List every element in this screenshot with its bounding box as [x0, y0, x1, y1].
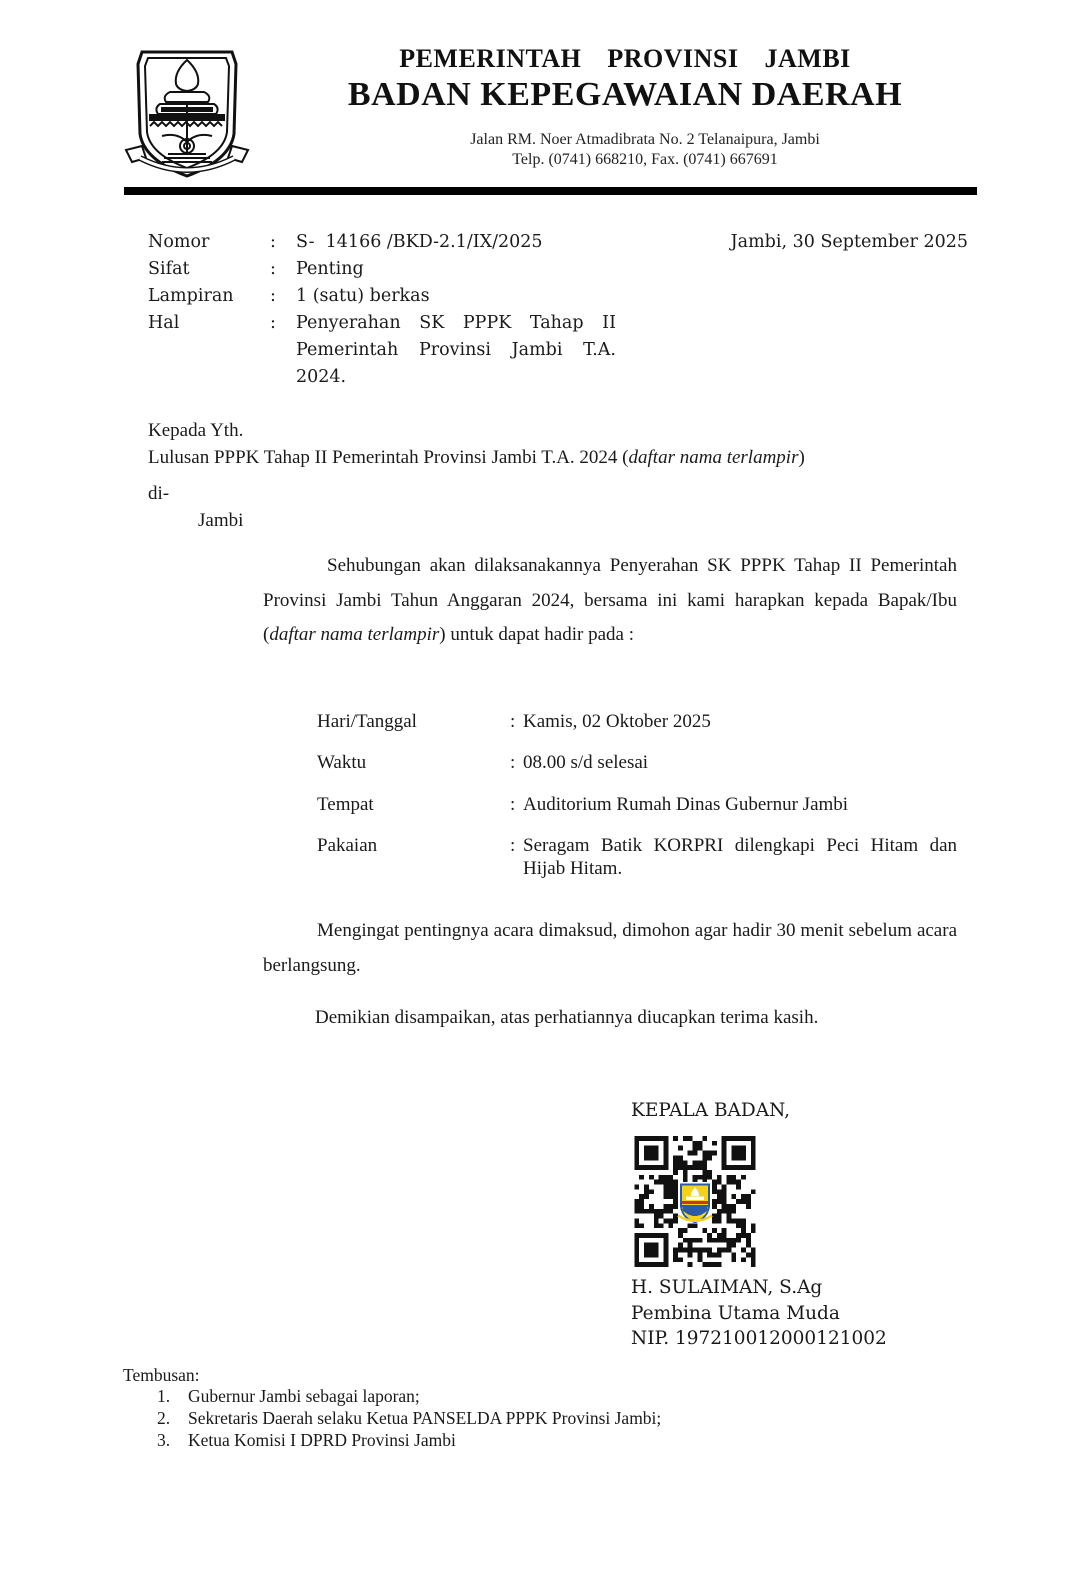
carbon-copy-title: Tembusan: [123, 1364, 200, 1386]
cc-number: 3. [157, 1429, 188, 1451]
event-value: Auditorium Rumah Dinas Gubernur Jambi [523, 793, 957, 816]
recipient-greeting: Kepada Yth. [148, 416, 243, 446]
subject-line: Penyerahan SK PPPK Tahap II [296, 310, 616, 337]
meta-colon: : [270, 229, 276, 256]
recipient-name-close: ) [798, 447, 804, 468]
reminder-text: Mengingat pentingnya acara dimaksud, dim… [263, 920, 957, 976]
letter-nature: Penting [296, 256, 616, 283]
meta-label: Nomor [148, 229, 209, 256]
cc-text: Gubernur Jambi sebagai laporan; [188, 1386, 420, 1406]
recipient-city: Jambi [198, 506, 243, 536]
cc-text: Sekretaris Daerah selaku Ketua PANSELDA … [188, 1408, 661, 1428]
recipient-name: Lulusan PPPK Tahap II Pemerintah Provins… [148, 443, 805, 473]
event-value: 08.00 s/d selesai [523, 751, 957, 774]
letter-number: S- 14166 /BKD-2.1/IX/2025 [296, 229, 616, 256]
event-label: Pakaian [317, 834, 377, 857]
event-colon: : [510, 751, 515, 774]
letterhead-government: PEMERINTAH PROVINSI JAMBI [300, 44, 950, 74]
letter-subject: Penyerahan SK PPPK Tahap II Pemerintah P… [296, 310, 616, 391]
carbon-copy-item: 1.Gubernur Jambi sebagai laporan; [157, 1385, 420, 1407]
signatory-title: KEPALA BADAN, [631, 1099, 790, 1123]
event-label: Tempat [317, 793, 374, 816]
event-colon: : [510, 793, 515, 816]
event-value: Seragam Batik KORPRI dilengkapi Peci Hit… [523, 834, 957, 880]
qr-code-signature-icon [634, 1136, 756, 1267]
paragraph-reminder: Mengingat pentingnya acara dimaksud, dim… [263, 914, 957, 983]
meta-label: Lampiran [148, 283, 234, 310]
signatory-name: H. SULAIMAN, S.Ag [631, 1276, 822, 1300]
cc-number: 1. [157, 1385, 188, 1407]
letter-date: Jambi, 30 September 2025 [731, 229, 968, 256]
meta-colon: : [270, 283, 276, 310]
subject-line: Pemerintah Provinsi Jambi T.A. [296, 337, 616, 364]
recipient-name-italic: daftar nama terlampir [629, 447, 799, 468]
letter-attachment: 1 (satu) berkas [296, 283, 616, 310]
event-colon: : [510, 710, 515, 733]
letterhead-contact: Telp. (0741) 668210, Fax. (0741) 667691 [300, 151, 990, 169]
event-value: Kamis, 02 Oktober 2025 [523, 710, 957, 733]
cc-text: Ketua Komisi I DPRD Provinsi Jambi [188, 1430, 456, 1450]
recipient-at: di- [148, 479, 169, 509]
opening-text-end: ) untuk dapat hadir pada : [439, 624, 634, 645]
opening-italic: daftar nama terlampir [269, 624, 439, 645]
paragraph-closing: Demikian disampaikan, atas perhatiannya … [263, 1001, 957, 1036]
carbon-copy-item: 3.Ketua Komisi I DPRD Provinsi Jambi [157, 1429, 456, 1451]
event-colon: : [510, 834, 515, 857]
event-label: Waktu [317, 751, 366, 774]
carbon-copy-item: 2.Sekretaris Daerah selaku Ketua PANSELD… [157, 1407, 661, 1429]
letterhead-divider [124, 187, 977, 195]
paragraph-opening: Sehubungan akan dilaksanakannya Penyerah… [263, 549, 957, 653]
recipient-name-text: Lulusan PPPK Tahap II Pemerintah Provins… [148, 447, 629, 468]
letterhead-address: Jalan RM. Noer Atmadibrata No. 2 Telanai… [300, 131, 990, 149]
cc-number: 2. [157, 1407, 188, 1429]
closing-text: Demikian disampaikan, atas perhatiannya … [315, 1007, 818, 1028]
meta-label: Sifat [148, 256, 190, 283]
meta-colon: : [270, 256, 276, 283]
meta-label: Hal [148, 310, 179, 337]
subject-line: 2024. [296, 364, 616, 391]
meta-colon: : [270, 310, 276, 337]
provincial-emblem-icon [122, 42, 252, 182]
letterhead-agency: BADAN KEPEGAWAIAN DAERAH [300, 76, 950, 114]
signatory-nip: NIP. 197210012000121002 [631, 1327, 887, 1351]
signatory-rank: Pembina Utama Muda [631, 1302, 840, 1326]
event-label: Hari/Tanggal [317, 710, 417, 733]
